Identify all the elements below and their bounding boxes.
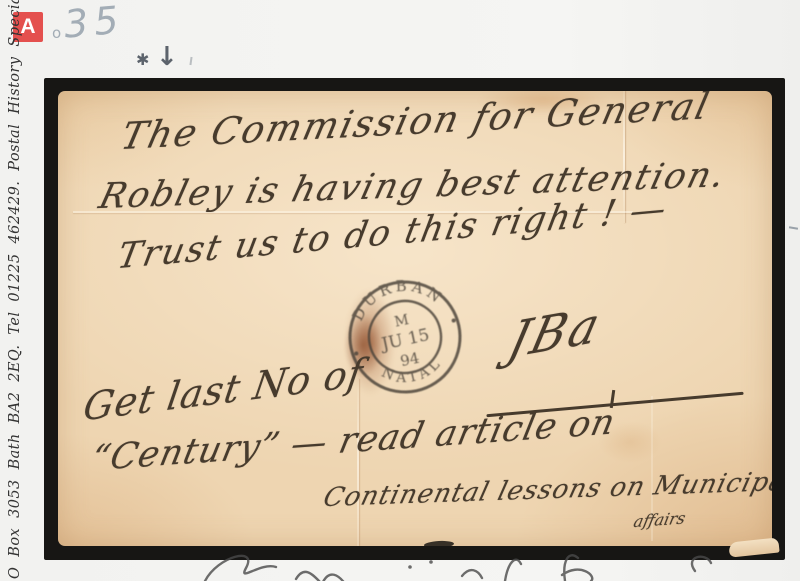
pencil-dot-mark: o — [52, 24, 61, 42]
handwriting-line-7: affairs — [632, 508, 687, 531]
handwriting-line-1: The Commission for General — [117, 91, 715, 158]
handwriting-line-6: Continental lessons on Municipal — [320, 466, 772, 513]
dealer-imprint-vertical: O Box 3053 Bath BA2 2EQ. Tel 01225 46242… — [7, 0, 23, 579]
partial-handwriting-next-item — [110, 552, 780, 581]
down-arrow-pencil-mark: ↓ — [156, 42, 178, 72]
postmark-dot-right — [451, 318, 456, 323]
handwriting-line-4: Get last No of — [80, 350, 366, 429]
pencil-dash-right-edge — [789, 226, 798, 230]
pencil-speck — [189, 57, 192, 65]
signature: JBa — [503, 295, 609, 370]
photo-of-postal-cover: A o 35 ✱ ↓ O Box 3053 Bath BA2 2EQ. Tel … — [0, 0, 800, 581]
postmark-code-letter: M — [393, 312, 410, 331]
asterisk-pencil-mark: ✱ — [136, 50, 149, 69]
postcard: DURBAN NATAL M JU 15 94 The Commission f… — [58, 91, 772, 546]
ink-smudge — [424, 540, 454, 546]
pencil-price: 35 — [62, 0, 126, 47]
black-mount: DURBAN NATAL M JU 15 94 The Commission f… — [44, 78, 785, 560]
postmark-year: 94 — [399, 349, 421, 371]
